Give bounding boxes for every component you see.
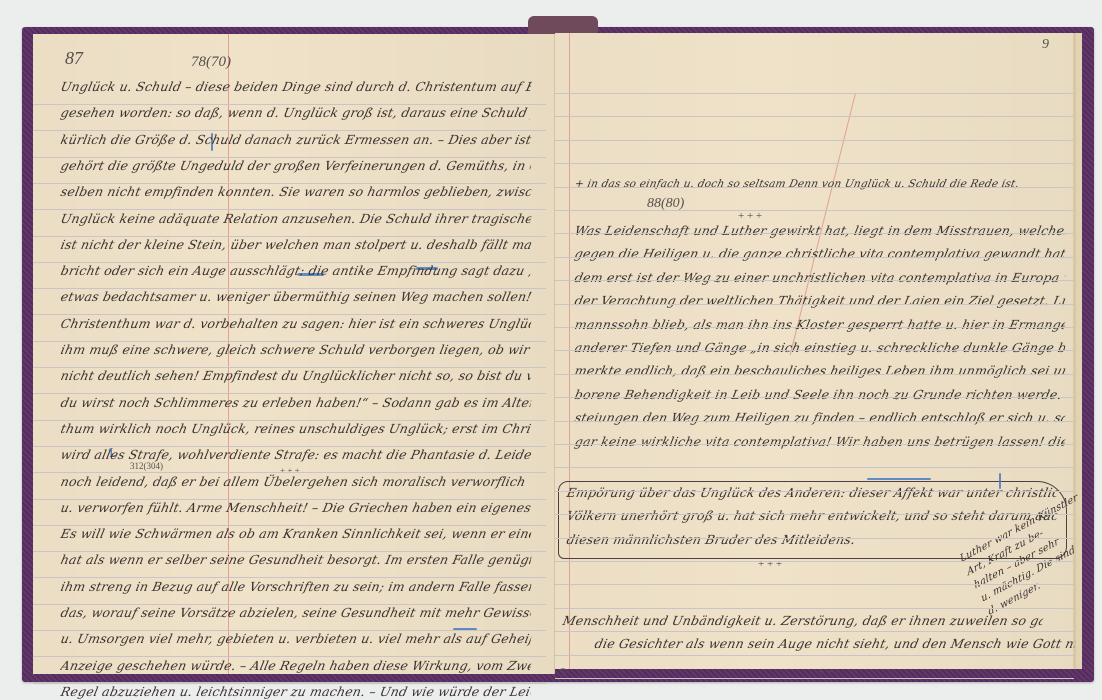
manuscript-line: gesehen worden: so daß, wenn d. Unglück …: [59, 105, 532, 120]
ruled-line: [33, 341, 546, 342]
ruled-line: [555, 655, 1074, 656]
manuscript-line: ihm muß eine schwere, gleich schwere Sch…: [59, 342, 532, 357]
ruled-line: [33, 525, 546, 526]
ruled-line: [555, 327, 1074, 328]
manuscript-line: merkte endlich, daß ein beschauliches he…: [573, 363, 1066, 378]
manuscript-line: noch leidend, daß er bei allem Übelergeh…: [59, 474, 532, 489]
ruled-line: [33, 604, 546, 605]
ruled-line: [555, 491, 1074, 492]
right-separator-bottom: + +: [818, 666, 833, 678]
manuscript-line: Es will wie Schwärmen als ob am Kranken …: [59, 526, 532, 541]
manuscript-line: u. verworfen fühlt. Arme Menschheit! – D…: [59, 500, 532, 515]
ruled-line: [33, 683, 546, 684]
right-first-note: + in das so einfach u. doch so seltsam D…: [574, 178, 1020, 190]
ruled-line: [555, 421, 1074, 422]
manuscript-line: ist nicht der kleine Stein, über welchen…: [59, 237, 532, 252]
manuscript-line: borene Behendigkeit in Leib und Seele ih…: [573, 387, 1066, 402]
ruled-line: [555, 187, 1074, 188]
ruled-line: [33, 393, 546, 394]
ruled-line: [33, 130, 546, 131]
ruled-line: [33, 288, 546, 289]
manuscript-line: ihm streng in Bezug auf alle Vorschrifte…: [59, 579, 532, 594]
manuscript-line: Menschheit und Unbändigkeit u. Zerstörun…: [561, 613, 1044, 628]
ruled-line: [33, 183, 546, 184]
ruled-line: [33, 314, 546, 315]
ruled-line: [555, 514, 1074, 515]
ruled-line: [33, 472, 546, 473]
ruled-line: [33, 209, 546, 210]
manuscript-line: bricht oder sich ein Auge ausschlägt: di…: [59, 263, 532, 278]
manuscript-line: Anzeige geschehen würde. – Alle Regeln h…: [59, 658, 532, 673]
ruled-line: [555, 304, 1074, 305]
right-page-number: 9: [1042, 37, 1049, 53]
ruled-line: [33, 367, 546, 368]
ruled-line: [555, 350, 1074, 351]
ruled-line: [33, 630, 546, 631]
ruled-line: [555, 584, 1074, 585]
right-page: 9 5 88(80) + + + + + + + + + in das so e…: [555, 33, 1082, 669]
ruled-line: [33, 446, 546, 447]
manuscript-line: du wirst noch Schlimmeres zu erleben hab…: [59, 395, 532, 410]
manuscript-line: anderer Tiefen und Gänge „in sich einsti…: [573, 340, 1066, 355]
right-separator-mid: + + +: [758, 558, 782, 570]
ruled-line: [555, 374, 1074, 375]
ruled-line: [555, 538, 1074, 539]
right-separator-top: + + +: [738, 210, 762, 222]
ruled-line: [555, 280, 1074, 281]
ruled-line: [555, 116, 1074, 117]
manuscript-line: gehört die größte Ungeduld der großen Ve…: [59, 158, 532, 173]
ruled-line: [33, 551, 546, 552]
manuscript-line: die Gesichter als wenn sein Auge nicht s…: [593, 636, 1076, 651]
ruled-line: [555, 608, 1074, 609]
manuscript-line: u. Umsorgen viel mehr, gebieten u. verbi…: [59, 631, 532, 646]
manuscript-line: selben nicht empfinden konnten. Sie ware…: [59, 184, 532, 199]
ruled-line: [555, 233, 1074, 234]
ruled-line: [555, 444, 1074, 445]
manuscript-line: mannssohn blieb, als man ihn ins Kloster…: [573, 317, 1066, 332]
manuscript-line: thum wirklich noch Unglück, reines unsch…: [59, 421, 532, 436]
ruled-line: [33, 104, 546, 105]
ruled-line: [33, 262, 546, 263]
ruled-line: [555, 561, 1074, 562]
ruled-line: [555, 140, 1074, 141]
manuscript-line: hat als wenn er selber seine Gesundheit …: [59, 552, 532, 567]
left-page: 87 78(70) 312(304) + + + L Unglück u. Sc…: [33, 34, 555, 674]
ruled-line: [555, 93, 1074, 94]
left-red-page-number: 87: [65, 48, 83, 69]
manuscript-line: Unglück u. Schuld – diese beiden Dinge s…: [59, 79, 532, 94]
ruled-line: [33, 577, 546, 578]
manuscript-line: steiungen den Weg zum Heiligen zu finden…: [573, 410, 1066, 425]
ruled-line: [555, 678, 1074, 679]
manuscript-line: das, worauf seine Vorsätze abzielen, sei…: [59, 605, 532, 620]
ruled-line: [33, 236, 546, 237]
ruled-line: [555, 210, 1074, 211]
boxed-manuscript-line: Empörung über das Unglück des Anderen: d…: [565, 485, 1058, 500]
left-inline-folio: 312(304): [130, 461, 163, 471]
ruled-line: [33, 656, 546, 657]
ruled-line: [555, 397, 1074, 398]
manuscript-line: der Verachtung der weltlichen Thätigkeit…: [573, 293, 1066, 308]
ruled-line: [33, 499, 546, 500]
manuscript-line: wird alles Strafe, wohlverdiente Strafe:…: [59, 447, 532, 462]
blue-underline: [867, 478, 931, 480]
manuscript-line: Unglück keine adäquate Relation anzusehe…: [59, 211, 532, 226]
ruled-line: [555, 467, 1074, 468]
boxed-manuscript-line: Völkern unerhört groß u. hat sich mehr e…: [565, 508, 1058, 523]
ruled-line: [555, 163, 1074, 164]
manuscript-line: gar keine wirkliche vita contemplativa! …: [573, 434, 1066, 449]
manuscript-line: nicht deutlich sehen! Empfindest du Ungl…: [59, 368, 532, 383]
manuscript-line: kürlich die Größe d. Schuld danach zurüc…: [59, 132, 532, 147]
ruled-line: [33, 157, 546, 158]
manuscript-line: Christenthum war d. vorbehalten zu sagen…: [59, 316, 532, 331]
manuscript-line: gegen die Heiligen u. die ganze christli…: [573, 246, 1066, 261]
manuscript-line: dem erst ist der Weg zu einer unchristli…: [573, 270, 1066, 285]
ruled-line: [555, 257, 1074, 258]
ruled-line: [555, 631, 1074, 632]
manuscript-line: Regel abzuziehen u. leichtsinniger zu ma…: [59, 684, 532, 699]
ruled-line: [33, 420, 546, 421]
left-red-folio: 78(70): [191, 54, 231, 71]
manuscript-line: etwas bedachtsamer u. weniger übermüthig…: [59, 289, 532, 304]
manuscript-line: Was Leidenschaft und Luther gewirkt hat,…: [573, 223, 1066, 238]
